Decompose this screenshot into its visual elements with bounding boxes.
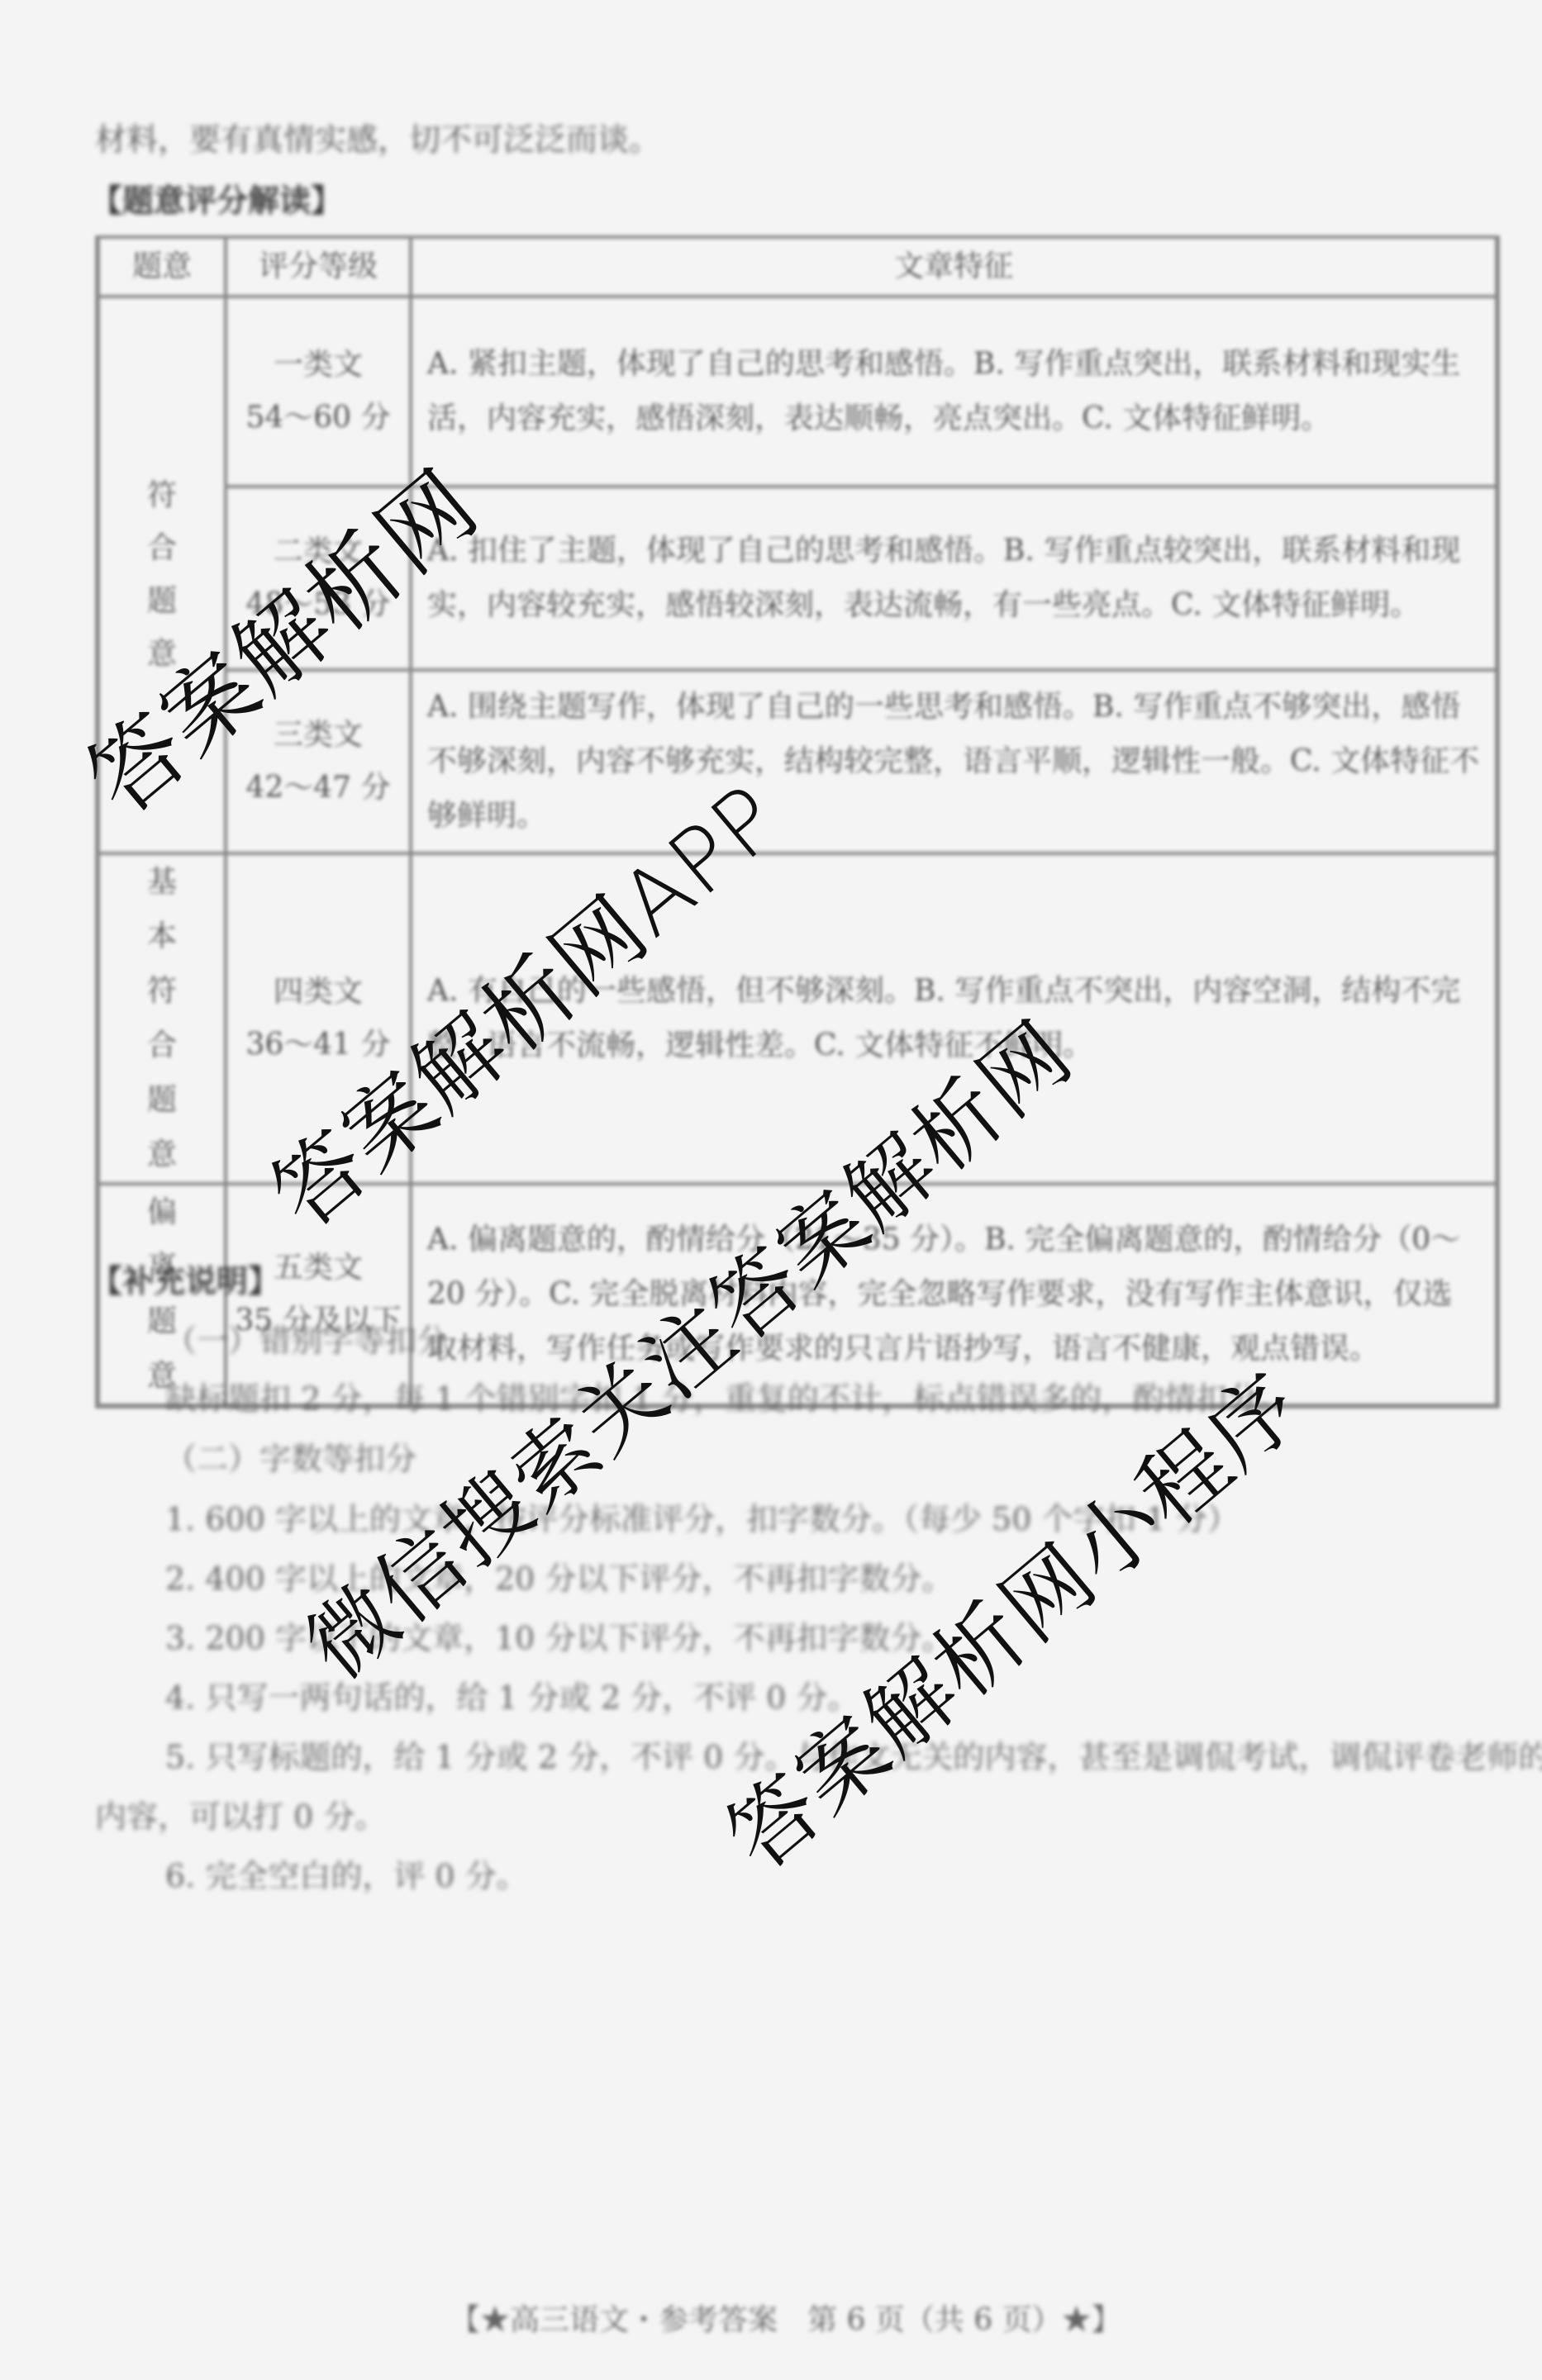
feature-cell: A. 扣住了主题，体现了自己的思考和感悟。B. 写作重点较突出，联系材料和现实，… — [411, 487, 1497, 670]
supplement-section-title: 【补充说明】 — [91, 1256, 279, 1301]
supplement-item: 3. 200 字以下的文章，10 分以下评分，不再扣字数分。 — [165, 1613, 953, 1658]
category-label: 基本符合题意 — [145, 855, 178, 1182]
grade-label: 三类文 — [227, 709, 409, 762]
feature-cell: A. 紧扣主题，体现了自己的思考和感悟。B. 写作重点突出，联系材料和现实生活，… — [411, 297, 1497, 487]
grade-label: 四类文 — [227, 966, 409, 1019]
rubric-table: 题意 评分等级 文章特征 符合题意 一类文 54～60 分 A. 紧扣主题，体现… — [95, 235, 1500, 1409]
score-range: 48～53 分 — [227, 578, 409, 631]
score-range: 42～47 分 — [227, 762, 409, 815]
header-cell: 评分等级 — [226, 237, 411, 297]
table-header-row: 题意 评分等级 文章特征 — [98, 237, 1497, 297]
supplement-item: 内容，可以打 0 分。 — [95, 1791, 386, 1836]
page-footer: 【★高三语文・参考答案 第 6 页（共 6 页）★】 — [450, 2297, 1121, 2339]
grade-label: 一类文 — [227, 339, 409, 392]
intro-line: 材料，要有真情实感，切不可泛泛而谈。 — [95, 114, 660, 159]
rubric-section-title: 【题意评分解读】 — [91, 175, 342, 221]
grade-cell: 四类文 36～41 分 — [226, 853, 411, 1184]
grade-label: 二类文 — [227, 525, 409, 578]
supplement-item: （二）字数等扣分 — [165, 1433, 416, 1479]
supplement-item: 6. 完全空白的，评 0 分。 — [165, 1850, 528, 1896]
grade-cell: 二类文 48～53 分 — [226, 487, 411, 670]
feature-cell: A. 有自己的一些感悟，但不够深刻。B. 写作重点不突出，内容空洞，结构不完整，… — [411, 853, 1497, 1184]
supplement-item: 1. 600 字以上的文章，按评分标准评分，扣字数分。（每少 50 个字扣 1 … — [165, 1494, 1239, 1539]
table-row: 二类文 48～53 分 A. 扣住了主题，体现了自己的思考和感悟。B. 写作重点… — [98, 487, 1497, 670]
header-cell: 文章特征 — [411, 237, 1497, 297]
supplement-item: 4. 只写一两句话的，给 1 分或 2 分，不评 0 分。 — [165, 1672, 859, 1717]
table-row: 基本符合题意 四类文 36～41 分 A. 有自己的一些感悟，但不够深刻。B. … — [98, 853, 1497, 1184]
grade-cell: 三类文 42～47 分 — [226, 670, 411, 853]
supplement-item: 缺标题扣 2 分，每 1 个错别字扣 1 分，重复的不计，标点错误多的，酌情扣分… — [165, 1373, 1290, 1418]
supplement-item: 5. 只写标题的，给 1 分或 2 分，不评 0 分。与作文无关的内容，甚至是调… — [165, 1732, 1542, 1777]
table-row: 三类文 42～47 分 A. 围绕主题写作，体现了自己的一些思考和感悟。B. 写… — [98, 670, 1497, 853]
header-cell: 题意 — [98, 237, 226, 297]
supplement-item: （一）错别字等扣分 — [165, 1315, 448, 1361]
table-row: 符合题意 一类文 54～60 分 A. 紧扣主题，体现了自己的思考和感悟。B. … — [98, 297, 1497, 487]
grade-cell: 一类文 54～60 分 — [226, 297, 411, 487]
feature-cell: A. 围绕主题写作，体现了自己的一些思考和感悟。B. 写作重点不够突出，感悟不够… — [411, 670, 1497, 853]
category-cell: 符合题意 — [98, 297, 226, 853]
score-range: 54～60 分 — [227, 392, 409, 444]
score-range: 36～41 分 — [227, 1019, 409, 1071]
category-cell: 基本符合题意 — [98, 853, 226, 1184]
category-label: 符合题意 — [137, 469, 187, 681]
supplement-item: 2. 400 字以上的文章，20 分以下评分，不再扣字数分。 — [165, 1553, 953, 1599]
